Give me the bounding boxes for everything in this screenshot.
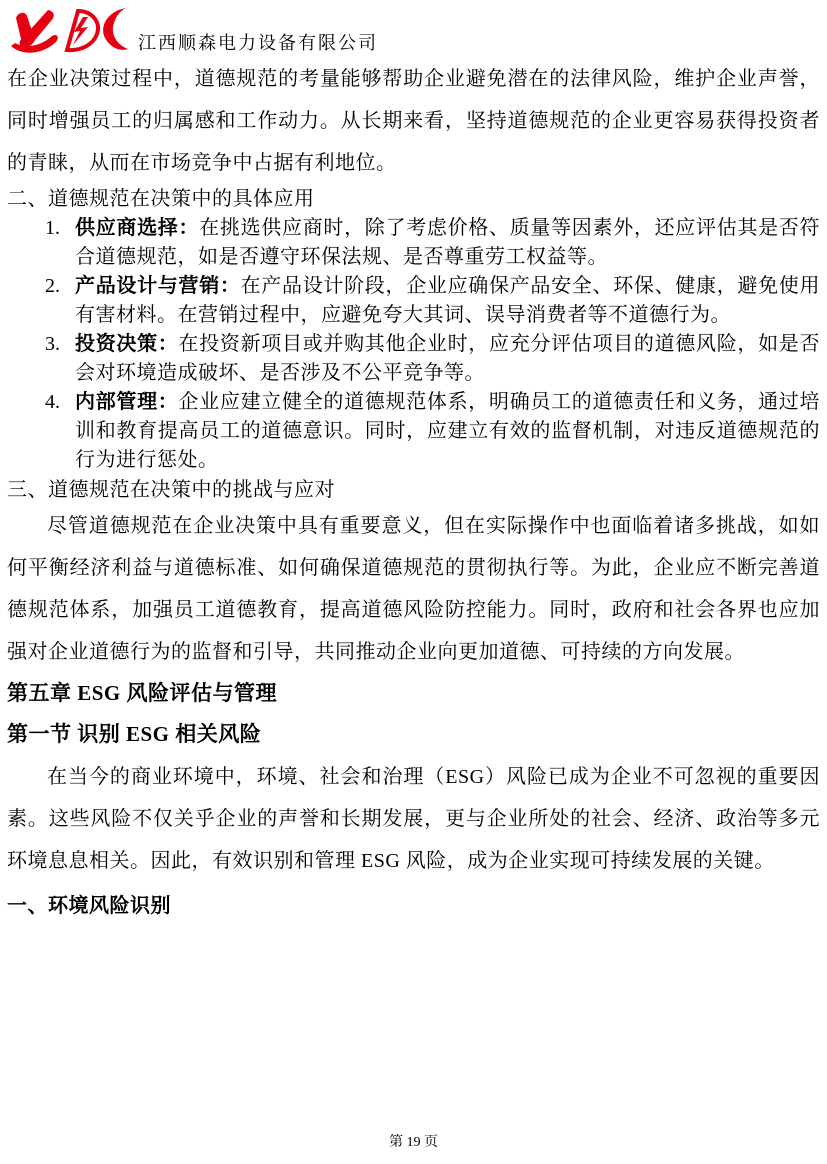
- list-item: 3. 投资决策：在投资新项目或并购其他企业时，应充分评估项目的道德风险，如是否会…: [45, 330, 820, 388]
- list-item-text: 供应商选择：在挑选供应商时，除了考虑价格、质量等因素外，还应评估其是否符合道德规…: [75, 214, 820, 272]
- paragraph-intro: 在企业决策过程中，道德规范的考量能够帮助企业避免潜在的法律风险，维护企业声誉，同…: [7, 58, 820, 184]
- list-item-text: 产品设计与营销：在产品设计阶段，企业应确保产品安全、环保、健康，避免使用有害材料…: [75, 272, 820, 330]
- numbered-list: 1. 供应商选择：在挑选供应商时，除了考虑价格、质量等因素外，还应评估其是否符合…: [7, 214, 820, 475]
- list-item-number: 2.: [45, 272, 75, 330]
- logo-ly-mark: [11, 10, 58, 53]
- list-item-label: 产品设计与营销：: [75, 275, 241, 297]
- page-header: 江西顺森电力设备有限公司: [0, 0, 827, 56]
- page-number: 第 19 页: [0, 1131, 827, 1151]
- paragraph-challenge: 尽管道德规范在企业决策中具有重要意义，但在实际操作中也面临着诸多挑战，如如何平衡…: [7, 505, 820, 673]
- list-item-content: 企业应建立健全的道德规范体系，明确员工的道德责任和义务，通过培训和教育提高员工的…: [75, 391, 820, 471]
- list-item-label: 供应商选择：: [75, 217, 199, 239]
- section-title: 第一节 识别 ESG 相关风险: [7, 718, 820, 750]
- list-item-text: 内部管理：企业应建立健全的道德规范体系，明确员工的道德责任和义务，通过培训和教育…: [75, 388, 820, 475]
- section-heading-3: 三、道德规范在决策中的挑战与应对: [7, 475, 820, 505]
- list-item: 2. 产品设计与营销：在产品设计阶段，企业应确保产品安全、环保、健康，避免使用有…: [45, 272, 820, 330]
- logo-d-mark: [67, 11, 98, 50]
- list-item-number: 4.: [45, 388, 75, 475]
- company-name: 江西顺森电力设备有限公司: [138, 33, 378, 53]
- sub-heading-environment-risk: 一、环境风险识别: [7, 891, 820, 921]
- document-body: 在企业决策过程中，道德规范的考量能够帮助企业避免潜在的法律风险，维护企业声誉，同…: [0, 58, 827, 921]
- logo-c-mark: [103, 8, 128, 50]
- list-item-label: 投资决策：: [75, 333, 179, 355]
- list-item-number: 3.: [45, 330, 75, 388]
- list-item-text: 投资决策：在投资新项目或并购其他企业时，应充分评估项目的道德风险，如是否会对环境…: [75, 330, 820, 388]
- company-logo: [4, 4, 136, 56]
- list-item-label: 内部管理：: [75, 391, 179, 413]
- list-item-number: 1.: [45, 214, 75, 272]
- section-heading-2: 二、道德规范在决策中的具体应用: [7, 184, 820, 214]
- paragraph-esg: 在当今的商业环境中，环境、社会和治理（ESG）风险已成为企业不可忽视的重要因素。…: [7, 756, 820, 882]
- list-item: 1. 供应商选择：在挑选供应商时，除了考虑价格、质量等因素外，还应评估其是否符合…: [45, 214, 820, 272]
- document-page: 江西顺森电力设备有限公司 在企业决策过程中，道德规范的考量能够帮助企业避免潜在的…: [0, 0, 827, 1164]
- list-item-content: 在投资新项目或并购其他企业时，应充分评估项目的道德风险，如是否会对环境造成破坏、…: [75, 333, 820, 384]
- list-item: 4. 内部管理：企业应建立健全的道德规范体系，明确员工的道德责任和义务，通过培训…: [45, 388, 820, 475]
- chapter-heading: 第五章 ESG 风险评估与管理: [7, 677, 820, 709]
